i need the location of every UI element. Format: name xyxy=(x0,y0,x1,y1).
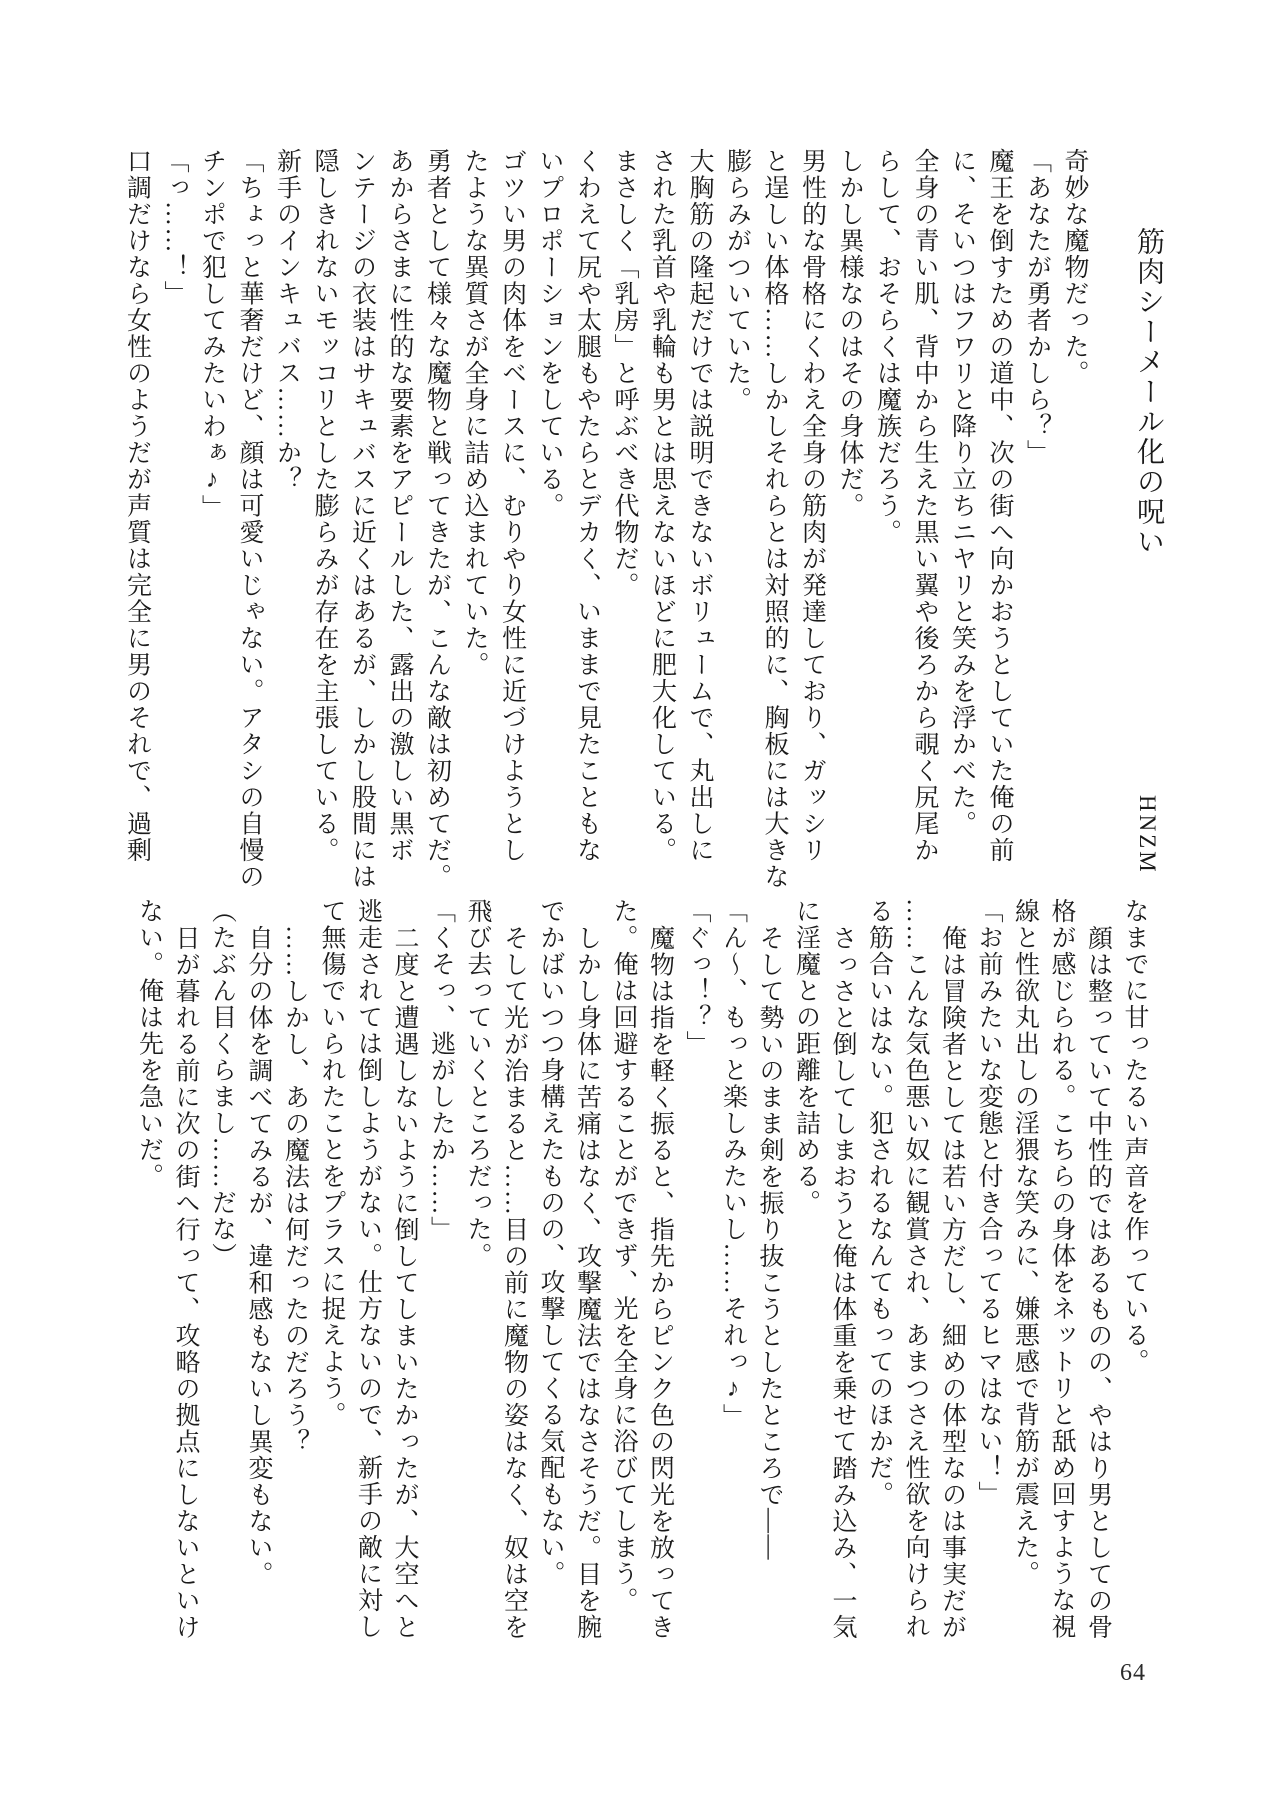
text-line: そして勢いのまま剣を振り抜こうとしたところで―― xyxy=(751,898,788,1688)
text-line: 「お前みたいな変態と付き合ってるヒマはない！」 xyxy=(970,898,1007,1688)
text-line: しかし異様なのはその身体だ。 xyxy=(831,148,869,908)
text-line: 「あなたが勇者かしら？」 xyxy=(1018,148,1056,908)
text-line: らして、おそらくは魔族だろう。 xyxy=(868,148,906,908)
text-line: 自分の体を調べてみるが、違和感もないし異変もない。 xyxy=(240,898,277,1688)
text-line: 顔は整っていて中性的ではあるものの、やはり男としての骨 xyxy=(1079,898,1116,1688)
text-line: に、そいつはフワリと降り立ちニヤリと笑みを浮かべた。 xyxy=(943,148,981,908)
text-line: て無傷でいられたことをプラスに捉えよう。 xyxy=(313,898,350,1688)
text-line: 隠しきれないモッコリとした膨らみが存在を主張している。 xyxy=(306,148,344,908)
text-line: 格が感じられる。こちらの身体をネットリと舐め回すような視 xyxy=(1043,898,1080,1688)
text-line: 飛び去っていくところだった。 xyxy=(459,898,496,1688)
text-line: 二度と遭遇しないように倒してしまいたかったが、大空へと xyxy=(386,898,423,1688)
text-line: 俺は冒険者としては若い方だし、細めの体型なのは事実だが xyxy=(933,898,970,1688)
page-number: 64 xyxy=(1120,1660,1146,1687)
text-line: 膨らみがついていた。 xyxy=(718,148,756,908)
text-line: 「くそっ、逃がしたか……」 xyxy=(422,898,459,1688)
text-line: た。俺は回避することができず、光を全身に浴びてしまう。 xyxy=(605,898,642,1688)
text-line: あからさまに性的な要素をアピールした、露出の激しい黒ボ xyxy=(381,148,419,908)
text-line: チンポで犯してみたいわぁ♪」 xyxy=(193,148,231,908)
text-line: 魔物は指を軽く振ると、指先からピンク色の閃光を放ってき xyxy=(641,898,678,1688)
text-block-top: 奇妙な魔物だった。「あなたが勇者かしら？」魔王を倒すための道中、次の街へ向かおう… xyxy=(118,148,1093,908)
text-line: された乳首や乳輪も男とは思えないほどに肥大化している。 xyxy=(643,148,681,908)
text-line: ……こんな気色悪い奴に観賞され、あまつさえ性欲を向けられ xyxy=(897,898,934,1688)
author-name: HNZM xyxy=(1134,795,1160,875)
text-line: そして光が治まると……目の前に魔物の姿はなく、奴は空を xyxy=(495,898,532,1688)
text-line: 「ちょっと華奢だけど、顔は可愛いじゃない。アタシの自慢の xyxy=(231,148,269,908)
text-line: くわえて尻や太腿もやたらとデカく、いままで見たこともな xyxy=(568,148,606,908)
text-line: さっさと倒してしまおうと俺は体重を乗せて踏み込み、一気 xyxy=(824,898,861,1688)
page-title: 筋肉シーメール化の呪い xyxy=(1128,227,1168,557)
text-line: 日が暮れる前に次の街へ行って、攻略の拠点にしないといけ xyxy=(167,898,204,1688)
text-line: まさしく「乳房」と呼ぶべき代物だ。 xyxy=(606,148,644,908)
text-line: 大胸筋の隆起だけでは説明できないボリュームで、丸出しに xyxy=(681,148,719,908)
text-line: ゴツい男の肉体をベースに、むりやり女性に近づけようとし xyxy=(493,148,531,908)
document-page: 筋肉シーメール化の呪い HNZM 奇妙な魔物だった。「あなたが勇者かしら？」魔王… xyxy=(0,0,1280,1808)
text-line: でかばいつつ身構えたものの、攻撃してくる気配もない。 xyxy=(532,898,569,1688)
text-line: ンテージの衣装はサキュバスに近くはあるが、しかし股間には xyxy=(343,148,381,908)
text-line: 全身の青い肌、背中から生えた黒い翼や後ろから覗く尻尾か xyxy=(906,148,944,908)
text-line: 男性的な骨格にくわえ全身の筋肉が発達しており、ガッシリ xyxy=(793,148,831,908)
text-line: ……しかし、あの魔法は何だったのだろう？ xyxy=(276,898,313,1688)
text-line: 奇妙な魔物だった。 xyxy=(1056,148,1094,908)
text-line: 勇者として様々な魔物と戦ってきたが、こんな敵は初めてだ。 xyxy=(418,148,456,908)
text-line: と逞しい体格……しかしそれらとは対照的に、胸板には大きな xyxy=(756,148,794,908)
text-line: 新手のインキュバス……か？ xyxy=(268,148,306,908)
text-line: に淫魔との距離を詰める。 xyxy=(787,898,824,1688)
text-line: 逃走されては倒しようがない。仕方ないので、新手の敵に対し xyxy=(349,898,386,1688)
text-line: 口調だけなら女性のようだが声質は完全に男のそれで、過剰 xyxy=(118,148,156,908)
text-line: しかし身体に苦痛はなく、攻撃魔法ではなさそうだ。目を腕 xyxy=(568,898,605,1688)
text-line: 線と性欲丸出しの淫猥な笑みに、嫌悪感で背筋が震えた。 xyxy=(1006,898,1043,1688)
text-line: ない。俺は先を急いだ。 xyxy=(130,898,167,1688)
text-line: 「ん〜、もっと楽しみたいし……それっ♪」 xyxy=(714,898,751,1688)
text-line: いプロポーションをしている。 xyxy=(531,148,569,908)
text-line: 「ぐっ！？」 xyxy=(678,898,715,1688)
text-line: 「っ……！」 xyxy=(156,148,194,908)
text-line: なまでに甘ったるい声音を作っている。 xyxy=(1116,898,1153,1688)
text-line: （たぶん目くらまし……だな） xyxy=(203,898,240,1688)
text-block-bottom: なまでに甘ったるい声音を作っている。顔は整っていて中性的ではあるものの、やはり男… xyxy=(130,898,1152,1688)
text-line: 魔王を倒すための道中、次の街へ向かおうとしていた俺の前 xyxy=(981,148,1019,908)
text-line: たような異質さが全身に詰め込まれていた。 xyxy=(456,148,494,908)
text-line: る筋合いはない。犯されるなんてもってのほかだ。 xyxy=(860,898,897,1688)
